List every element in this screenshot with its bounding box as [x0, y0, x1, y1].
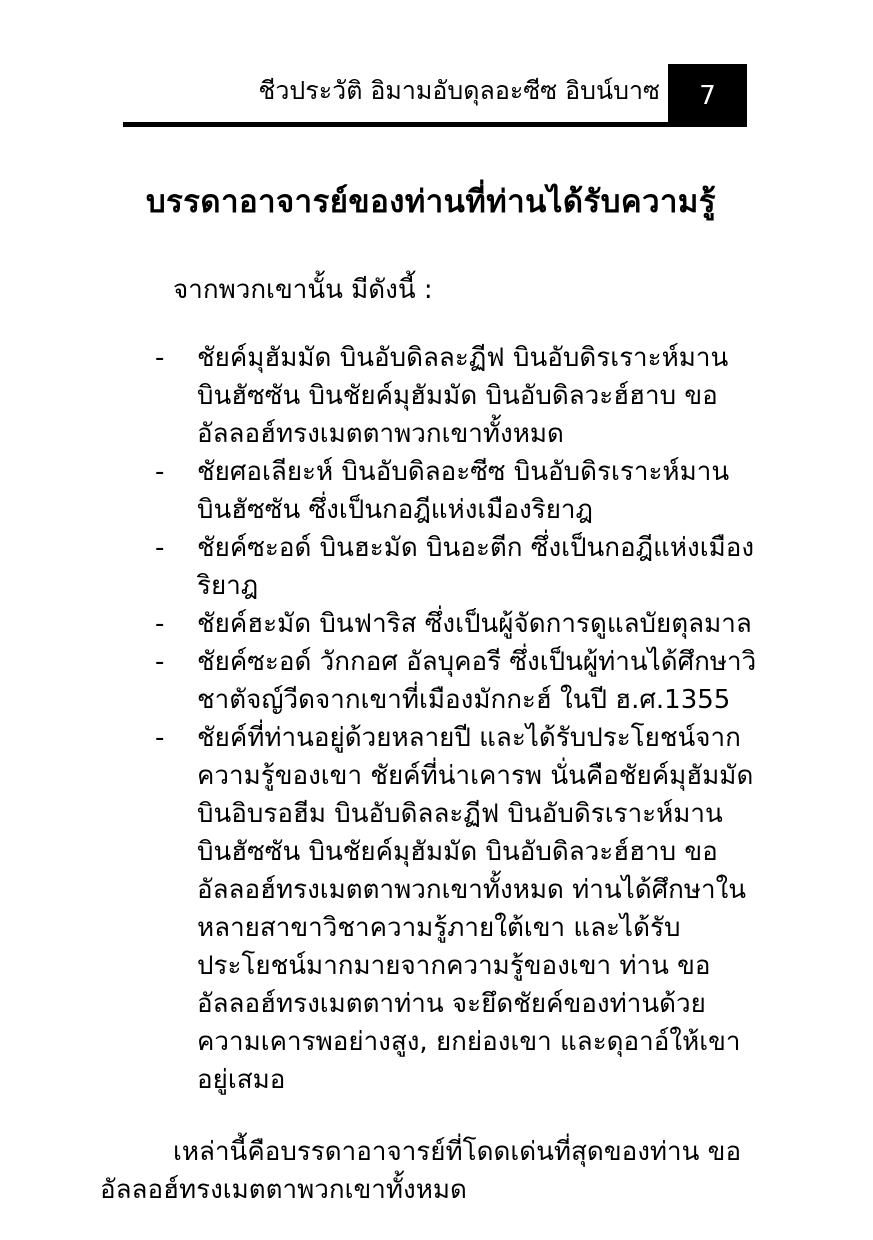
- list-item-text: ชัยค์มุฮัมมัด บินอับดิลละฏีฟ บินอับดิรเร…: [197, 339, 762, 453]
- page-content: บรรดาอาจารย์ของท่านที่ท่านได้รับความรู้ …: [100, 179, 762, 1209]
- closing-paragraph: เหล่านี้คือบรรดาอาจารย์ที่โดดเด่นที่สุดข…: [100, 1133, 762, 1209]
- header-rule: [123, 122, 747, 127]
- dash-marker: -: [155, 453, 197, 491]
- list-item: - ชัยค์ที่ท่านอยู่ด้วยหลายปี และได้รับปร…: [155, 719, 762, 1099]
- dash-marker: -: [155, 643, 197, 681]
- dash-marker: -: [155, 719, 197, 757]
- list-item-text: ชัยศอเลียะห์ บินอับดิลอะซีซ บินอับดิรเรา…: [197, 453, 762, 529]
- teacher-list: - ชัยค์มุฮัมมัด บินอับดิลละฏีฟ บินอับดิร…: [155, 339, 762, 1099]
- list-item: - ชัยค์ฮะมัด บินฟาริส ซึ่งเป็นผู้จัดการด…: [155, 605, 762, 643]
- section-heading: บรรดาอาจารย์ของท่านที่ท่านได้รับความรู้: [100, 179, 762, 225]
- page-number: 7: [699, 81, 716, 111]
- dash-marker: -: [155, 605, 197, 643]
- running-header-title: ชีวประวัติ อิมามอับดุลอะซีซ อิบน์บาซ: [258, 76, 660, 106]
- dash-marker: -: [155, 529, 197, 567]
- list-item: - ชัยศอเลียะห์ บินอับดิลอะซีซ บินอับดิรเ…: [155, 453, 762, 529]
- page-number-badge: 7: [668, 64, 747, 127]
- list-item-text: ชัยค์ที่ท่านอยู่ด้วยหลายปี และได้รับประโ…: [197, 719, 762, 1099]
- list-item-text: ชัยค์ฮะมัด บินฟาริส ซึ่งเป็นผู้จัดการดูแ…: [197, 605, 762, 643]
- list-item: - ชัยค์มุฮัมมัด บินอับดิลละฏีฟ บินอับดิร…: [155, 339, 762, 453]
- page-header: ชีวประวัติ อิมามอับดุลอะซีซ อิบน์บาซ 7: [0, 0, 873, 127]
- list-item: - ชัยค์ซะอด์ วักกอศ อัลบุคอรี ซึ่งเป็นผู…: [155, 643, 762, 719]
- list-item: - ชัยค์ซะอด์ บินฮะมัด บินอะตีก ซึ่งเป็นก…: [155, 529, 762, 605]
- list-item-text: ชัยค์ซะอด์ วักกอศ อัลบุคอรี ซึ่งเป็นผู้ท…: [197, 643, 762, 719]
- book-page: ชีวประวัติ อิมามอับดุลอะซีซ อิบน์บาซ 7 บ…: [0, 0, 873, 1240]
- intro-paragraph: จากพวกเขานั้น มีดังนี้ :: [100, 271, 762, 309]
- dash-marker: -: [155, 339, 197, 377]
- list-item-text: ชัยค์ซะอด์ บินฮะมัด บินอะตีก ซึ่งเป็นกอฎ…: [197, 529, 762, 605]
